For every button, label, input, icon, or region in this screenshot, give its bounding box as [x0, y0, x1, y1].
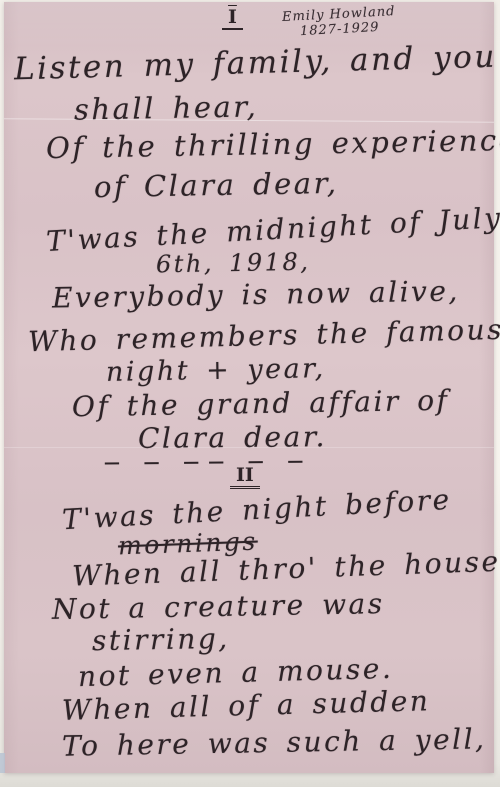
- manuscript-line: stirring,: [92, 625, 230, 655]
- author-annotation-dates: 1827-1929: [300, 20, 380, 39]
- manuscript-line: To here was such a yell,: [62, 725, 487, 760]
- manuscript-line: shall hear,: [74, 92, 259, 124]
- manuscript-line: 6th, 1918,: [156, 250, 311, 277]
- manuscript-line: Not a creature was: [52, 590, 385, 624]
- manuscript-line: Everybody is now alive,: [52, 277, 460, 312]
- manuscript-line: Of the thrilling experience: [46, 126, 500, 163]
- section-numeral-1: I: [222, 8, 243, 30]
- manuscript-line: night + year,: [106, 355, 326, 386]
- section-divider: — — —— — —: [104, 451, 312, 472]
- manuscript-line: Listen my family, and you: [14, 42, 498, 86]
- manuscript-line: of Clara dear,: [94, 169, 339, 202]
- manuscript-line: When all of a sudden: [62, 687, 431, 725]
- manuscript-line: Who remembers the famous: [28, 316, 500, 356]
- manuscript-page: I Emily Howland 1827-1929 Listen my fami…: [4, 2, 494, 773]
- photo-frame: I Emily Howland 1827-1929 Listen my fami…: [0, 0, 500, 787]
- section-numeral-2: II: [230, 466, 260, 489]
- manuscript-line: Of the grand affair of: [72, 387, 450, 422]
- photo-edge-artifact: [0, 753, 5, 773]
- manuscript-line: Clara dear.: [138, 423, 327, 453]
